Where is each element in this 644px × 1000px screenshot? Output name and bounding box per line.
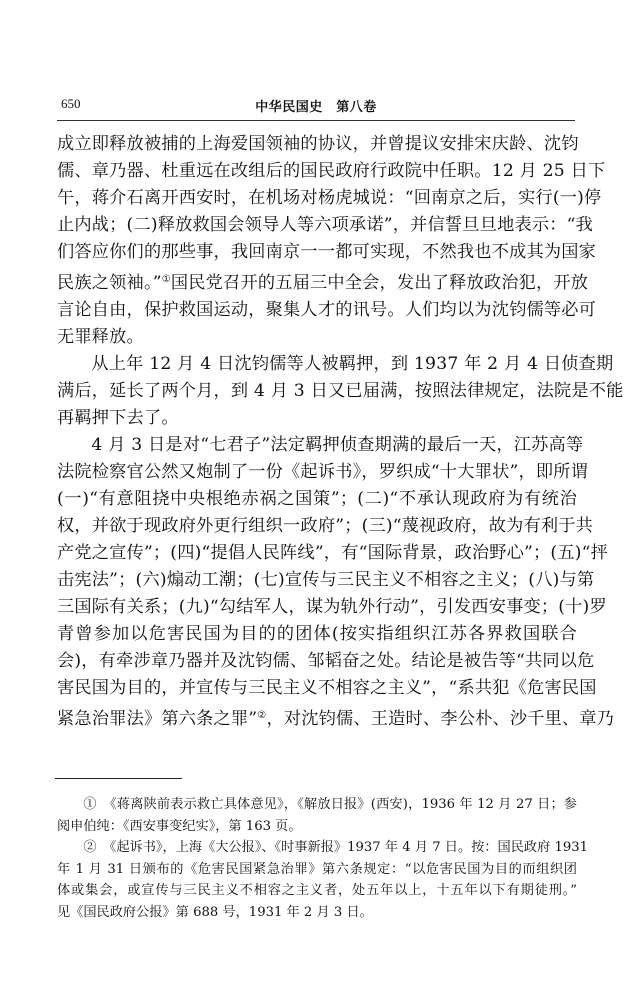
text-line: 法院检察官公然又炮制了一份《起诉书》，罗织成“十大罪状”，即所谓 <box>57 459 577 486</box>
book-page: 650 中华民国史 第八卷 成立即释放被捕的上海爱国领袖的协议，并曾提议安排宋庆… <box>0 0 644 1000</box>
footnote-rule <box>55 778 182 779</box>
text-line: 害民国为目的，并宣传与三民主义不相容之主义”，“系共犯《危害民国 <box>57 675 577 702</box>
text-line: 三国际有关系；(九)“勾结军人，谋为轨外行动”，引发西安事变；(十)罗 <box>57 594 577 621</box>
text-line: 们答应你们的那些事，我回南京一一都可实现，不然我也不成其为国家 <box>57 239 577 266</box>
body-text: 成立即释放被捕的上海爱国领袖的协议，并曾提议安排宋庆龄、沈钧 儒、章乃器、杜重远… <box>57 131 577 733</box>
running-header: 650 中华民国史 第八卷 <box>57 96 575 116</box>
text-segment: 紧急治罪法》第六条之罪” <box>57 709 257 729</box>
text-line: 青曾参加以危害民国为目的的团体(按实指组织江苏各界救国联合 <box>57 621 577 648</box>
footnote-line: 见《国民政府公报》第 688 号，1931 年 2 月 3 日。 <box>57 902 577 924</box>
text-line: 再羁押下去了。 <box>57 405 577 432</box>
text-segment: 国民党召开的五届三中全会，发出了释放政治犯，开放 <box>171 273 588 293</box>
footnote-line: ① 《蒋离陕前表示救亡具体意见》，《解放日报》(西安)，1936 年 12 月 … <box>57 794 577 816</box>
text-line: 民族之领袖。”①国民党召开的五届三中全会，发出了释放政治犯，开放 <box>57 266 577 297</box>
footnote-1: ① 《蒋离陕前表示救亡具体意见》，《解放日报》(西安)，1936 年 12 月 … <box>57 794 577 837</box>
text-line: 成立即释放被捕的上海爱国领袖的协议，并曾提议安排宋庆龄、沈钧 <box>57 131 577 158</box>
text-line: 无罪释放。 <box>57 324 577 351</box>
paragraph: 从上年 12 月 4 日沈钧儒等人被羁押，到 1937 年 2 月 4 日侦查期… <box>57 351 577 432</box>
text-line: 击宪法”；(六)煽动工潮；(七)宣传与三民主义不相容之主义；(八)与第 <box>57 567 577 594</box>
book-title: 中华民国史 第八卷 <box>57 96 575 115</box>
text-line: 午，蒋介石离开西安时，在机场对杨虎城说：“回南京之后，实行(一)停 <box>57 185 577 212</box>
text-line: 满后，延长了两个月，到 4 月 3 日又已届满，按照法律规定，法院是不能 <box>57 378 577 405</box>
text-line: 会)，有牵涉章乃器并及沈钧儒、邹韬奋之处。结论是被告等“共同以危 <box>57 648 577 675</box>
text-line: 儒、章乃器、杜重远在改组后的国民政府行政院中任职。12 月 25 日下 <box>57 158 577 185</box>
text-line: 产党之宣传”；(四)“提倡人民阵线”，有“国际背景，政治野心”；(五)“抨 <box>57 540 577 567</box>
paragraph: 成立即释放被捕的上海爱国领袖的协议，并曾提议安排宋庆龄、沈钧 儒、章乃器、杜重远… <box>57 131 577 351</box>
text-segment: ，对沈钧儒、王造时、李公朴、沙千里、章乃 <box>266 709 614 729</box>
text-line: 从上年 12 月 4 日沈钧儒等人被羁押，到 1937 年 2 月 4 日侦查期 <box>57 351 577 378</box>
footnote-line: 阅申伯纯：《西安事变纪实》，第 163 页。 <box>57 816 577 838</box>
footnote-line: ② 《起诉书》，上海《大公报》、《时事新报》1937 年 4 月 7 日。按：国… <box>57 837 577 859</box>
text-segment: 民族之领袖。” <box>57 273 162 293</box>
footnote-2: ② 《起诉书》，上海《大公报》、《时事新报》1937 年 4 月 7 日。按：国… <box>57 837 577 923</box>
text-line: 权，并欲于现政府外更行组织一政府”；(三)“蔑视政府，故为有利于共 <box>57 513 577 540</box>
header-rule <box>57 120 575 121</box>
text-line: 紧急治罪法》第六条之罪”②，对沈钧儒、王造时、李公朴、沙千里、章乃 <box>57 702 577 733</box>
text-line: 言论自由，保护救国运动，聚集人才的讯号。人们均以为沈钧儒等必可 <box>57 297 577 324</box>
text-line: (一)“有意阻挠中央根绝赤祸之国策”；(二)“不承认现政府为有统治 <box>57 486 577 513</box>
footnote-reference-1[interactable]: ① <box>162 274 171 285</box>
text-line: 止内战；(二)释放救国会领导人等六项承诺”，并信誓旦旦地表示：“我 <box>57 212 577 239</box>
text-line: 4 月 3 日是对“七君子”法定羁押侦查期满的最后一天，江苏高等 <box>57 432 577 459</box>
paragraph: 4 月 3 日是对“七君子”法定羁押侦查期满的最后一天，江苏高等 法院检察官公然… <box>57 432 577 733</box>
footnote-line: 体或集会，或宣传与三民主义不相容之主义者，处五年以上，十五年以下有期徒刑。” <box>57 880 577 902</box>
footnotes: ① 《蒋离陕前表示救亡具体意见》，《解放日报》(西安)，1936 年 12 月 … <box>57 794 577 923</box>
footnote-line: 年 1 月 31 日颁布的《危害民国紧急治罪》第六条规定：“以危害民国为目的而组… <box>57 859 577 881</box>
